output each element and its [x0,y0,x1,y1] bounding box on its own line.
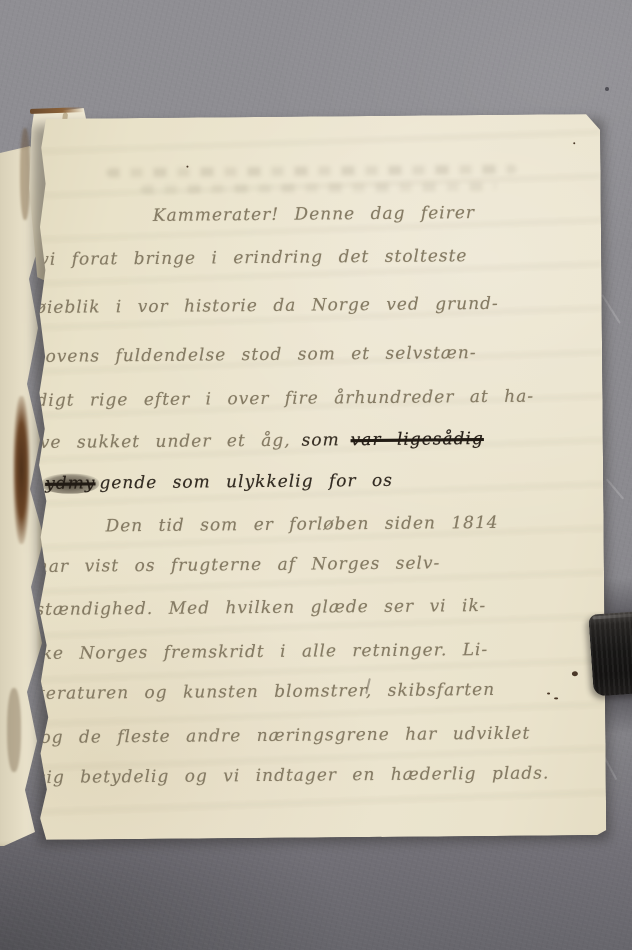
text-segment: teraturen og kunsten blomstrer, skibsfar… [38,680,495,704]
handwritten-line: ve sukket under et åg,somvar ligesådig [40,429,484,453]
text-segment-dark: gende som ulykkelig for os [99,471,393,494]
text-segment: Den tid som er forløben siden 1814 [105,513,498,536]
text-segment: digt rige efter i over fire århundreder … [36,387,534,411]
text-segment: sig betydelig og vi indtager en hæderlig… [37,763,550,787]
ink-speck [547,692,550,694]
text-segment: og de fleste andre næringsgrene har udvi… [40,724,530,748]
blotted-text: ydmy [41,473,99,494]
text-segment: Kammerater! Denne dag feirer [153,203,475,226]
handwritten-line: Den tid som er forløben siden 1814 [105,513,498,537]
handwritten-line: øieblik i vor historie da Norge ved grun… [36,294,499,318]
text-segment: ve sukket under et åg, [40,431,291,453]
felt-speck [605,87,609,91]
binding-crevice [20,128,30,220]
handwritten-line: stændighed. Med hvilken glæde ser vi ik- [35,596,486,620]
manuscript-photograph: Kammerater! Denne dag feirer vi forat br… [0,0,632,950]
handwritten-line: lovens fuldendelse stod som et selvstæn- [39,343,477,367]
text-segment: har vist os frugterne af Norges selv- [37,553,441,577]
struck-text: var ligesådig [351,429,484,450]
handwritten-line: digt rige efter i over fire århundreder … [36,387,534,412]
handwritten-line: sig betydelig og vi indtager en hæderlig… [37,763,550,788]
ink-speck [186,166,188,168]
handwritten-line: ke Norges fremskridt i alle retninger. L… [42,640,489,664]
handwritten-line: Kammerater! Denne dag feirer [153,203,475,226]
ink-speck [573,142,575,144]
text-segment: stændighed. Med hvilken glæde ser vi ik- [35,596,486,620]
show-through-text [106,165,516,178]
handwritten-line: og de fleste andre næringsgrene har udvi… [40,724,530,749]
text-segment: ke Norges fremskridt i alle retninger. L… [42,640,489,664]
show-through-text [141,182,497,194]
manuscript-page: Kammerater! Denne dag feirer vi forat br… [30,114,606,840]
text-segment: vi forat bringe i erindring det stoltest… [39,246,467,270]
binding-crevice [13,396,30,544]
handwritten-line: vi forat bringe i erindring det stoltest… [39,246,467,270]
text-segment-dark: som [301,430,339,450]
ink-speck [554,697,558,699]
black-clip [588,611,632,696]
handwritten-line: har vist os frugterne af Norges selv- [37,553,441,577]
handwritten-line: ydmygende som ulykkelig for os [41,471,393,494]
binding-crevice [7,688,21,772]
handwritten-line: teraturen og kunsten blomstrer, skibsfar… [38,680,495,704]
text-segment: øieblik i vor historie da Norge ved grun… [36,294,499,318]
text-segment: lovens fuldendelse stod som et selvstæn- [39,343,477,367]
ink-speck [572,671,578,676]
